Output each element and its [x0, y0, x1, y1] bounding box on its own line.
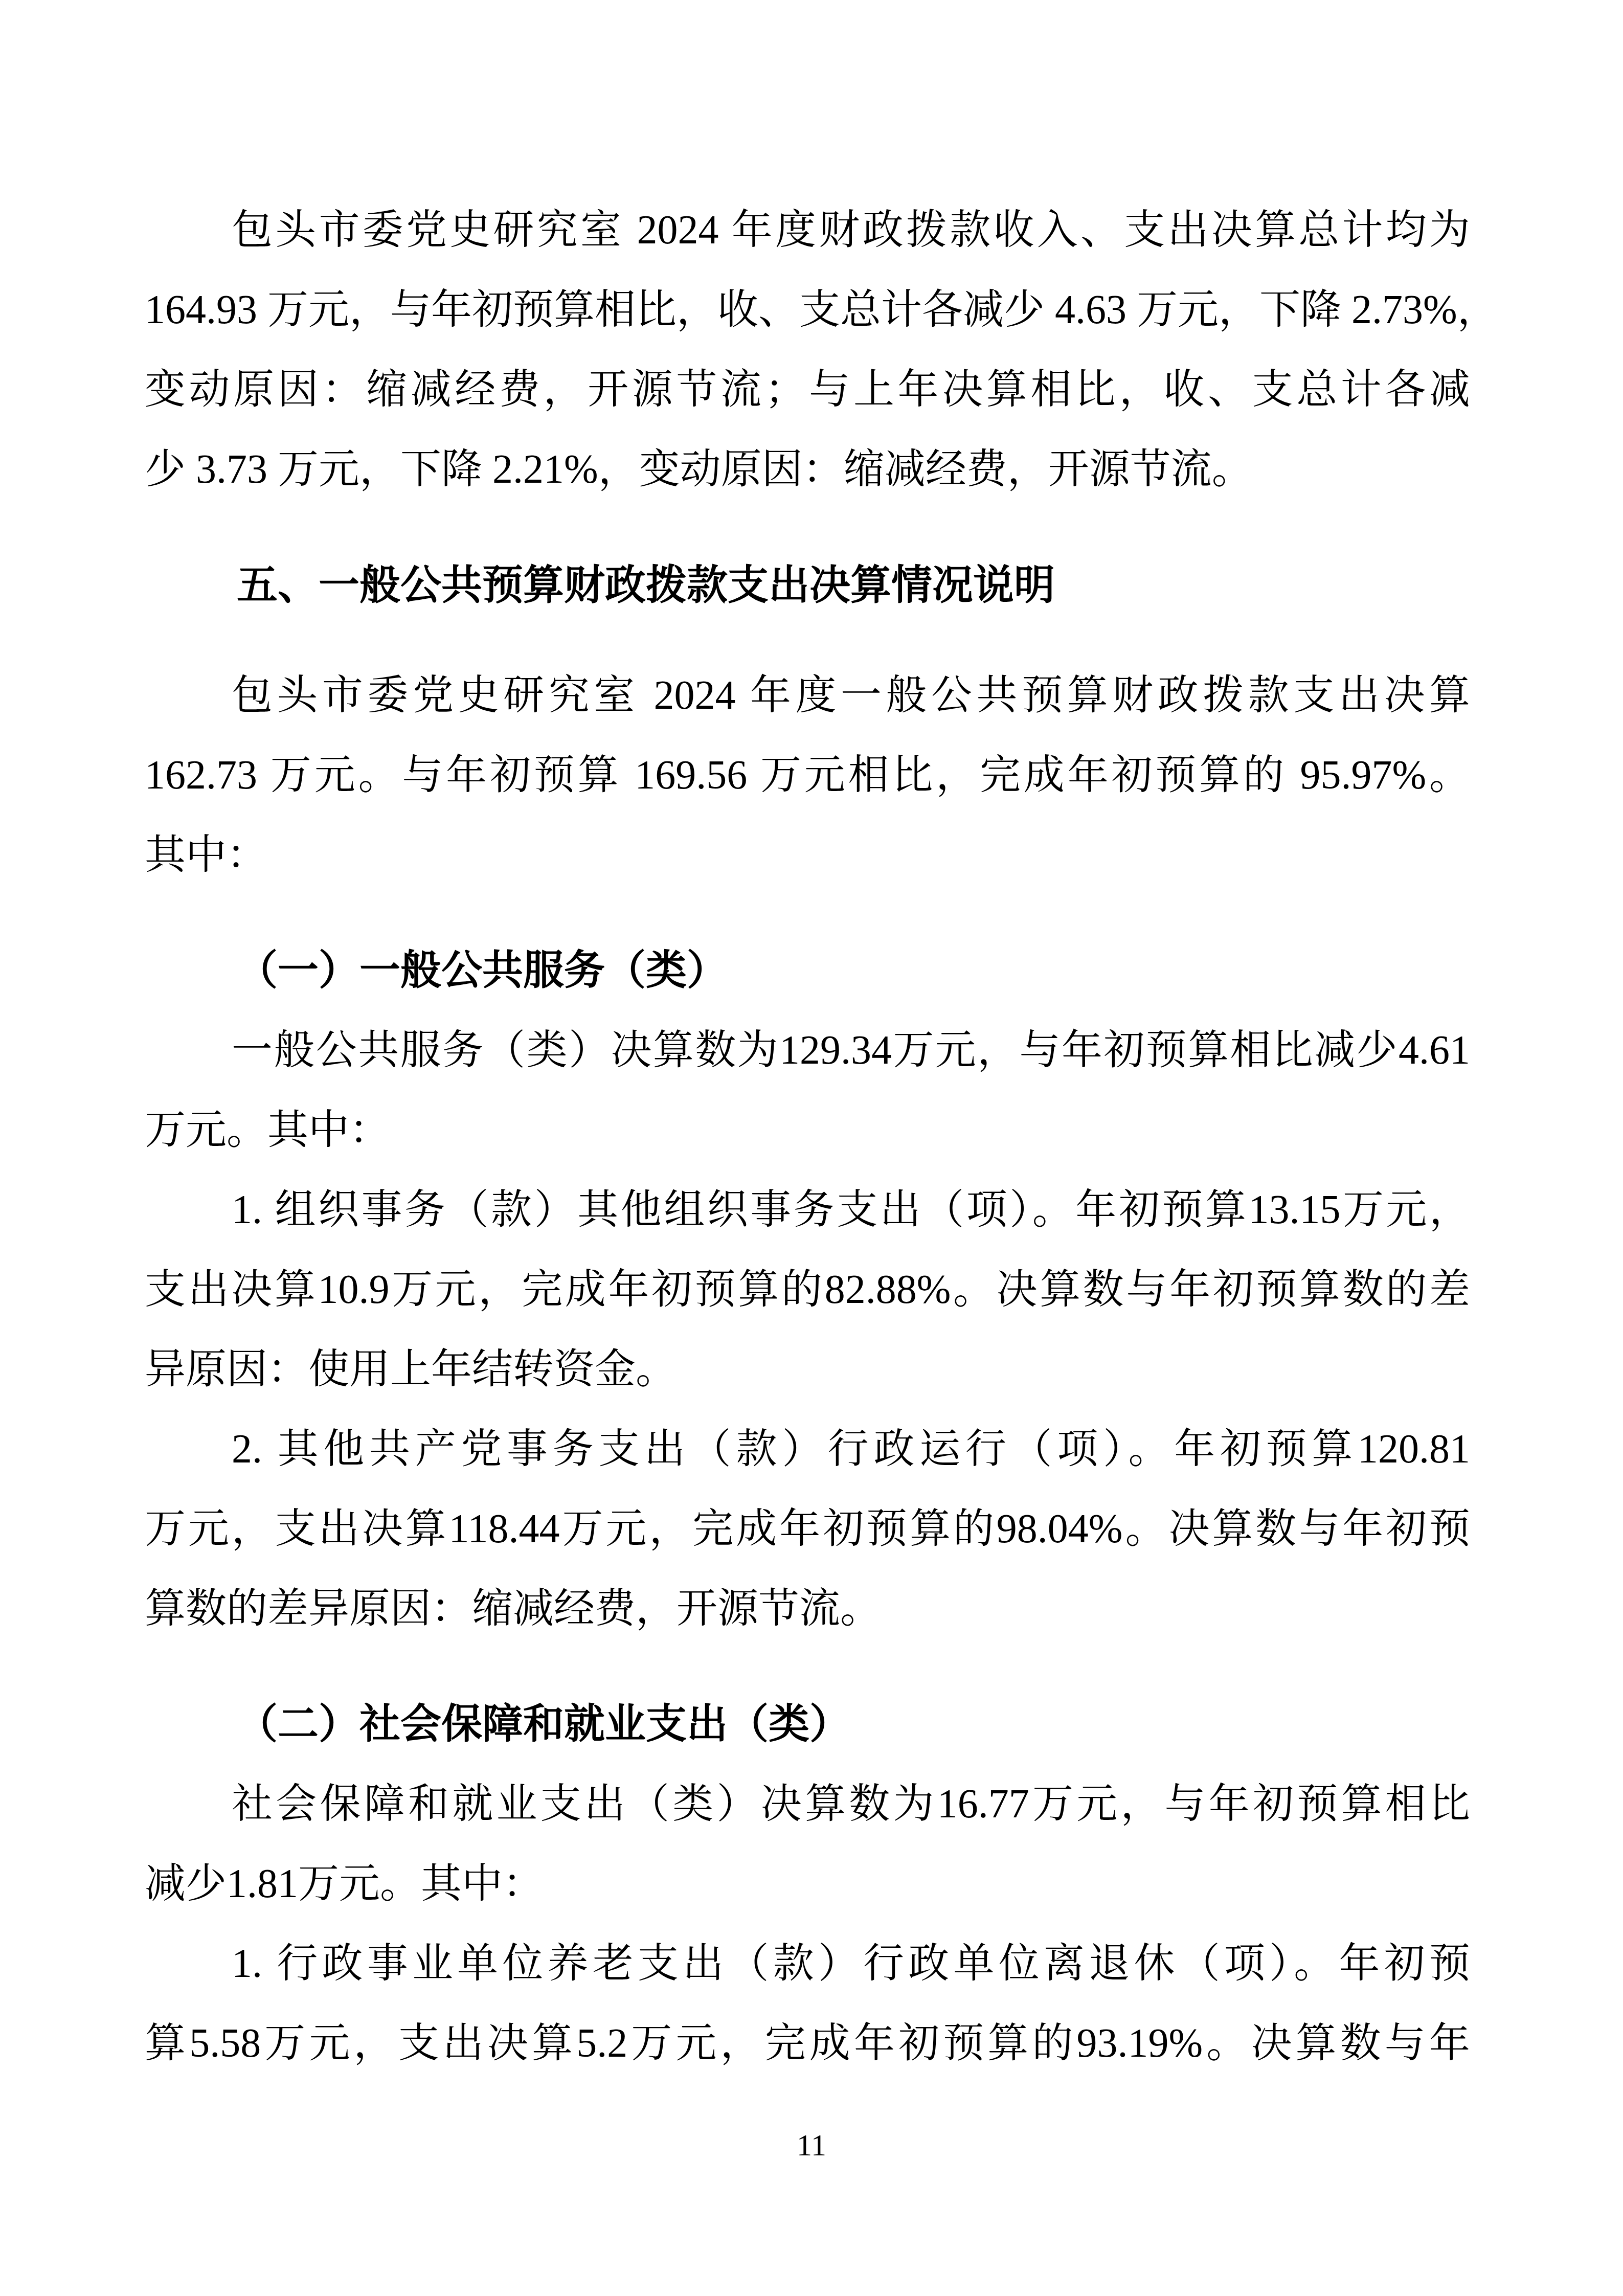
paragraph-line: 2. 其他共产党事务支出（款）行政运行（项）。年初预算120.81	[145, 1409, 1470, 1489]
paragraph-line: 变动原因：缩减经费，开源节流；与上年决算相比，收、支总计各减	[145, 350, 1470, 430]
paragraph-line: 其中：	[145, 815, 1470, 895]
page-number: 11	[0, 2127, 1623, 2163]
paragraph-line: 164.93 万元，与年初预算相比，收、支总计各减少 4.63 万元，下降 2.…	[145, 270, 1470, 350]
paragraph-line: 少 3.73 万元，下降 2.21%，变动原因：缩减经费，开源节流。	[145, 430, 1470, 509]
paragraph-line: 一般公共服务（类）决算数为129.34万元，与年初预算相比减少4.61	[145, 1010, 1470, 1090]
paragraph-line: 1. 行政事业单位养老支出（款）行政单位离退休（项）。年初预	[145, 1924, 1470, 2004]
sub-heading: （二）社会保障和就业支出（类）	[145, 1684, 1470, 1764]
section-heading: 五、一般公共预算财政拨款支出决算情况说明	[145, 545, 1470, 625]
paragraph-line: 万元，支出决算118.44万元，完成年初预算的98.04%。决算数与年初预	[145, 1489, 1470, 1569]
paragraph-line: 算数的差异原因：缩减经费，开源节流。	[145, 1569, 1470, 1649]
paragraph-line: 162.73 万元。与年初预算 169.56 万元相比，完成年初预算的 95.9…	[145, 735, 1470, 815]
paragraph-line: 异原因：使用上年结转资金。	[145, 1330, 1470, 1409]
document-page: 包头市委党史研究室 2024 年度财政拨款收入、支出决算总计均为164.93 万…	[0, 0, 1623, 2296]
paragraph-line: 包头市委党史研究室 2024 年度一般公共预算财政拨款支出决算	[145, 656, 1470, 735]
paragraph-line: 万元。其中：	[145, 1090, 1470, 1170]
paragraph-line: 减少1.81万元。其中：	[145, 1844, 1470, 1924]
paragraph-line: 社会保障和就业支出（类）决算数为16.77万元，与年初预算相比	[145, 1764, 1470, 1844]
document-content: 包头市委党史研究室 2024 年度财政拨款收入、支出决算总计均为164.93 万…	[145, 190, 1470, 2083]
paragraph-line: 算5.58万元，支出决算5.2万元，完成年初预算的93.19%。决算数与年	[145, 2004, 1470, 2083]
paragraph-line: 1. 组织事务（款）其他组织事务支出（项）。年初预算13.15万元，	[145, 1170, 1470, 1250]
paragraph-line: 包头市委党史研究室 2024 年度财政拨款收入、支出决算总计均为	[145, 190, 1470, 270]
sub-heading: （一）一般公共服务（类）	[145, 931, 1470, 1010]
paragraph-line: 支出决算10.9万元，完成年初预算的82.88%。决算数与年初预算数的差	[145, 1250, 1470, 1330]
